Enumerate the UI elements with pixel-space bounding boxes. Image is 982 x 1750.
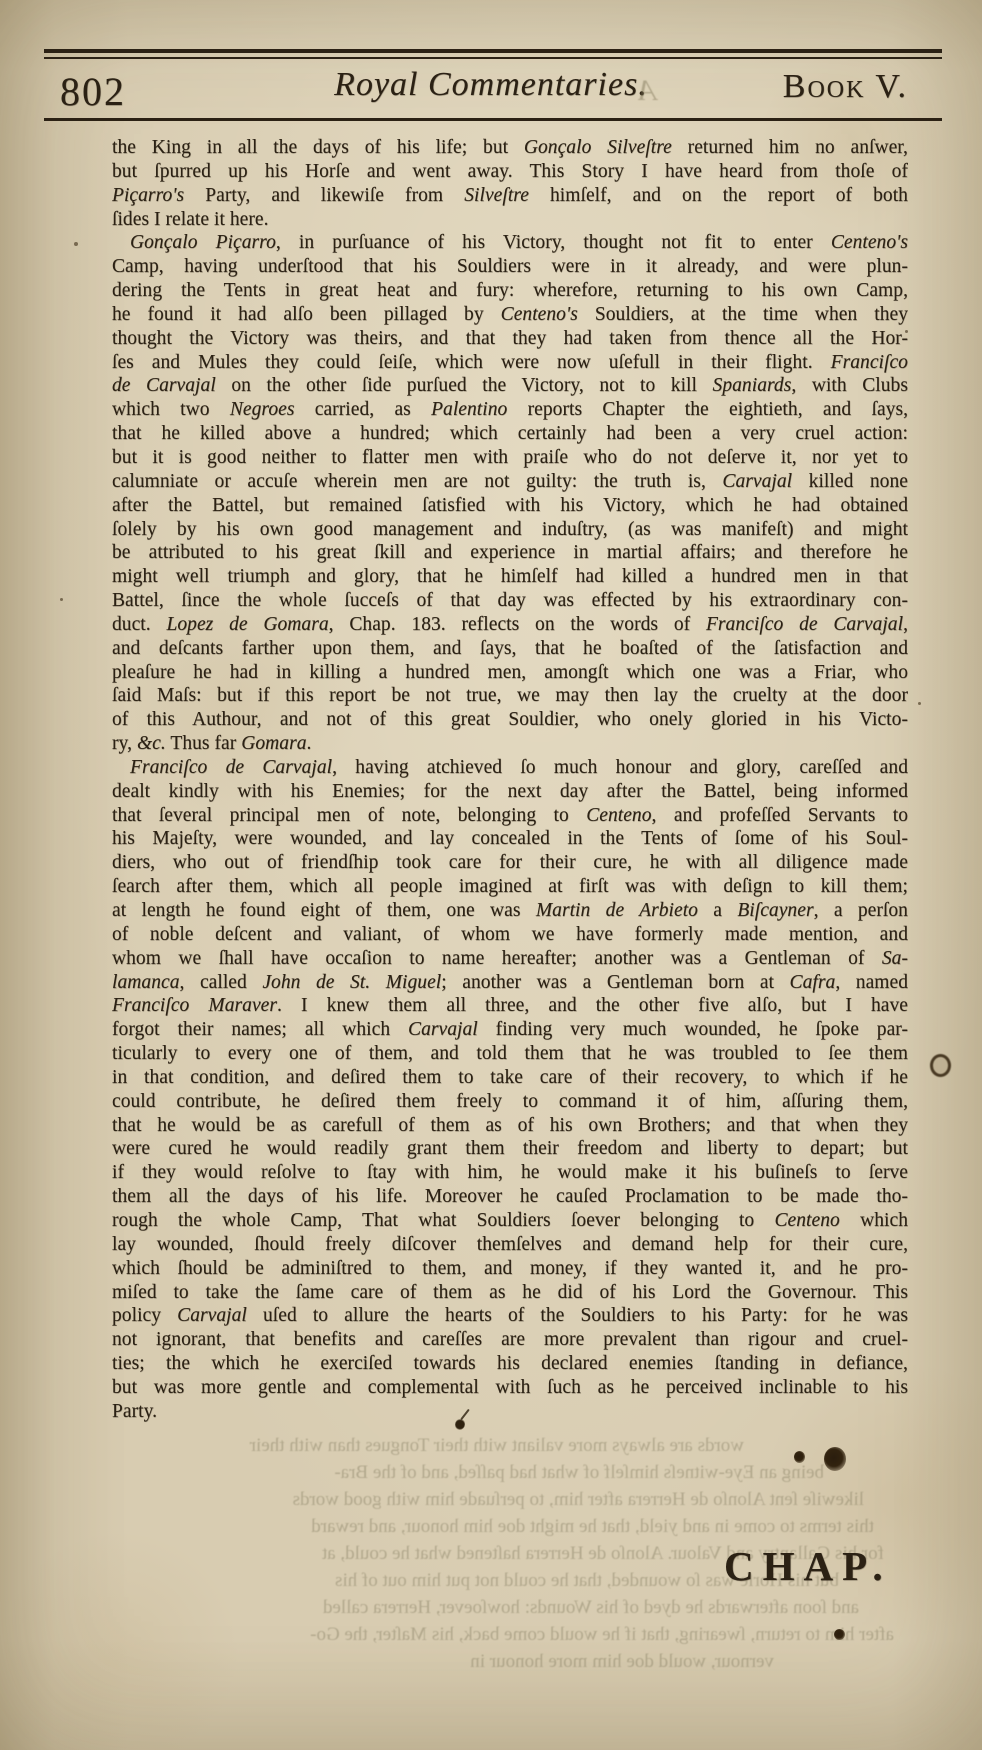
text-line: but was more gentle and complemental wit… bbox=[112, 1376, 908, 1400]
text-line: them all the days of his life. Moreover … bbox=[112, 1185, 908, 1209]
text-line: if they would reſolve to ſtay with him, … bbox=[112, 1161, 908, 1185]
bleedthrough-line: and ſoon afterwards he dyed of his Wound… bbox=[88, 1594, 894, 1621]
text-segment: finding very much wounded, he ſpoke par- bbox=[478, 1019, 908, 1040]
text-segment: Centeno bbox=[774, 1210, 839, 1231]
text-segment: de Carvajal bbox=[112, 375, 216, 396]
text-segment: might well triumph and glory, that he hi… bbox=[112, 566, 908, 587]
text-segment: Camp, having underſtood that his Souldie… bbox=[112, 256, 908, 277]
text-line: that he killed above a hundred; which ce… bbox=[112, 422, 908, 446]
ink-blot-mark bbox=[834, 1629, 845, 1640]
text-line: that ſeveral principal men of note, belo… bbox=[112, 804, 908, 828]
text-line: dering the Tents in great heat and fury:… bbox=[112, 279, 908, 303]
text-segment: that he killed above a hundred; which ce… bbox=[112, 423, 908, 444]
text-line: ſaid Maſs: but if this report be not tru… bbox=[112, 684, 908, 708]
text-segment: in that condition, and deſired them to t… bbox=[112, 1067, 908, 1088]
text-line: which two Negroes carried, as Palentino … bbox=[112, 398, 908, 422]
text-segment: . bbox=[307, 733, 312, 754]
text-segment: of this Authour, and not of this great S… bbox=[112, 709, 908, 730]
text-segment: killed none bbox=[792, 471, 908, 492]
text-segment: reports Chapter the eightieth, and ſays, bbox=[507, 399, 908, 420]
text-segment: lamanca bbox=[112, 972, 180, 993]
text-segment: at length he found eight of them, one wa… bbox=[112, 900, 536, 921]
text-segment: , and profeſſed Servants to bbox=[652, 805, 908, 826]
paper-speck bbox=[60, 598, 63, 601]
text-segment: policy bbox=[112, 1305, 177, 1326]
text-segment: , having atchieved ſo much honour and gl… bbox=[332, 757, 908, 778]
text-segment: on the other ſide purſued the Victory, n… bbox=[216, 375, 713, 396]
text-line: but it is good neither to flatter men wi… bbox=[112, 446, 908, 470]
text-segment: pleaſure he had in killing a hundred men… bbox=[112, 662, 908, 683]
text-segment: uſed to allure the hearts of the Souldie… bbox=[247, 1305, 908, 1326]
text-segment: Centeno's bbox=[501, 304, 578, 325]
text-segment: Spaniards bbox=[713, 375, 792, 396]
bleedthrough-line: words are always more valiant with their… bbox=[88, 1432, 894, 1459]
text-line: Piçarro's Party, and likewiſe from Silve… bbox=[112, 184, 908, 208]
text-line: and deſcants farther upon them, and ſays… bbox=[112, 637, 908, 661]
text-segment: Martin de Arbieto bbox=[536, 900, 698, 921]
text-segment: , Chap. 183. reflects on the words of bbox=[329, 614, 706, 635]
text-line: lamanca, called John de St. Miguel; anot… bbox=[112, 971, 908, 995]
text-segment: miſed to take the ſame care of them as h… bbox=[112, 1282, 908, 1303]
text-segment: ; another was a Gentleman born at bbox=[441, 972, 789, 993]
text-line: pleaſure he had in killing a hundred men… bbox=[112, 661, 908, 685]
text-segment: Thus far bbox=[166, 733, 241, 754]
text-segment: Cafra bbox=[790, 972, 836, 993]
bleedthrough-line: being an Eye-witneſs himſelf of what had… bbox=[88, 1459, 894, 1486]
text-line: calumniate or accuſe wherein men are not… bbox=[112, 470, 908, 494]
text-segment: not ignorant, that benefits and careſſes… bbox=[112, 1329, 908, 1350]
text-segment: and deſcants farther upon them, and ſays… bbox=[112, 638, 908, 659]
text-segment: after the Battel, but remained ſatisfied… bbox=[112, 495, 908, 516]
text-line: policy Carvajal uſed to allure the heart… bbox=[112, 1304, 908, 1328]
text-line: might well triumph and glory, that he hi… bbox=[112, 565, 908, 589]
top-rule-thin bbox=[44, 57, 942, 59]
header-underline-rule bbox=[44, 118, 942, 121]
text-segment: his Majeſty, were wounded, and lay conce… bbox=[112, 828, 908, 849]
text-line: Battel, ſince the whole ſucceſs of that … bbox=[112, 589, 908, 613]
text-segment: but ſpurred up his Horſe and went away. … bbox=[112, 161, 908, 182]
paper-speck bbox=[905, 330, 908, 333]
text-segment: ſides I relate it here. bbox=[112, 209, 269, 230]
text-segment: calumniate or accuſe wherein men are not… bbox=[112, 471, 722, 492]
ink-splash-mark bbox=[455, 1419, 465, 1430]
text-segment: Carvajal bbox=[722, 471, 792, 492]
ink-blot-mark bbox=[794, 1451, 805, 1463]
text-segment: returned him no anſwer, bbox=[672, 137, 908, 158]
ink-blot-mark bbox=[824, 1447, 846, 1471]
text-line: ties; the which he exerciſed towards his… bbox=[112, 1352, 908, 1376]
text-line: of this Authour, and not of this great S… bbox=[112, 708, 908, 732]
bleedthrough-line: this terms to come in and yield, that he… bbox=[88, 1513, 894, 1540]
text-segment: duct. bbox=[112, 614, 166, 635]
text-segment: lay wounded, ſhould freely diſcover them… bbox=[112, 1234, 908, 1255]
text-segment: Carvajal bbox=[408, 1019, 478, 1040]
text-line: Party. bbox=[112, 1400, 908, 1424]
catchword: CHAP. bbox=[724, 1542, 892, 1590]
bleedthrough-line: vernour, would doe him more honour in bbox=[88, 1648, 894, 1675]
text-line: which ſhould be adminiſtred to them, and… bbox=[112, 1257, 908, 1281]
text-segment: Franciſco de Carvajal bbox=[130, 757, 332, 778]
text-segment: which two bbox=[112, 399, 230, 420]
text-segment: which ſhould be adminiſtred to them, and… bbox=[112, 1258, 908, 1279]
text-segment: Franciſco bbox=[831, 352, 908, 373]
paper-speck bbox=[918, 702, 921, 705]
text-line: his Majeſty, were wounded, and lay conce… bbox=[112, 827, 908, 851]
text-line: rough the whole Camp, That what Souldier… bbox=[112, 1209, 908, 1233]
text-line: be attributed to his great ſkill and exp… bbox=[112, 541, 908, 565]
text-line: thought the Victory was theirs, and that… bbox=[112, 327, 908, 351]
text-segment: Palentino bbox=[431, 399, 507, 420]
text-line: not ignorant, that benefits and careſſes… bbox=[112, 1328, 908, 1352]
text-segment: Lopez de Gomara bbox=[166, 614, 328, 635]
text-segment: Centeno's bbox=[831, 232, 908, 253]
text-segment: Piçarro's bbox=[112, 185, 184, 206]
text-segment: Gonçalo Piçarro bbox=[130, 232, 276, 253]
text-segment: could contribute, he deſired them freely… bbox=[112, 1091, 908, 1112]
text-segment: Negroes bbox=[230, 399, 295, 420]
text-line: at length he found eight of them, one wa… bbox=[112, 899, 908, 923]
text-line: de Carvajal on the other ſide purſued th… bbox=[112, 374, 908, 398]
text-segment: Party. bbox=[112, 1401, 157, 1422]
text-line: Camp, having underſtood that his Souldie… bbox=[112, 255, 908, 279]
text-segment: but it is good neither to flatter men wi… bbox=[112, 447, 908, 468]
text-segment: Franciſco de Carvajal bbox=[706, 614, 903, 635]
text-segment: Franciſco Maraver bbox=[112, 995, 277, 1016]
text-segment: , with Clubs bbox=[791, 375, 908, 396]
text-segment: Carvajal bbox=[177, 1305, 247, 1326]
text-segment: carried, as bbox=[295, 399, 432, 420]
text-segment: Biſcayner bbox=[737, 900, 813, 921]
bleedthrough-letter: A bbox=[638, 74, 656, 108]
text-segment: he found it had alſo been pillaged by bbox=[112, 304, 501, 325]
text-line: dealt kindly with his Enemies; for the n… bbox=[112, 780, 908, 804]
text-segment: ticularly to every one of them, and told… bbox=[112, 1043, 908, 1064]
text-line: duct. Lopez de Gomara, Chap. 183. reflec… bbox=[112, 613, 908, 637]
text-line: were cured he would readily grant them t… bbox=[112, 1137, 908, 1161]
text-segment: a bbox=[698, 900, 737, 921]
text-segment: Silveſtre bbox=[464, 185, 529, 206]
text-line: Franciſco Maraver. I knew them all three… bbox=[112, 994, 908, 1018]
text-segment: Centeno bbox=[586, 805, 651, 826]
text-segment: thought the Victory was theirs, and that… bbox=[112, 328, 908, 349]
text-line: forgot their names; all which Carvajal f… bbox=[112, 1018, 908, 1042]
text-segment: but was more gentle and complemental wit… bbox=[112, 1377, 908, 1398]
text-line: could contribute, he deſired them freely… bbox=[112, 1090, 908, 1114]
text-line: ſides I relate it here. bbox=[112, 208, 908, 232]
text-segment: Sa- bbox=[882, 948, 908, 969]
text-line: ſolely by his own good management and in… bbox=[112, 518, 908, 542]
text-segment: , bbox=[903, 614, 908, 635]
text-line: miſed to take the ſame care of them as h… bbox=[112, 1281, 908, 1305]
text-segment: , named bbox=[835, 972, 908, 993]
text-segment: , a perſon bbox=[814, 900, 908, 921]
bleedthrough-line: after him to return, ſwearing, that if h… bbox=[88, 1621, 894, 1648]
text-segment: , in purſuance of his Victory, thought n… bbox=[276, 232, 831, 253]
top-rule-thick bbox=[44, 49, 942, 53]
text-segment: ties; the which he exerciſed towards his… bbox=[112, 1353, 908, 1374]
text-segment: them all the days of his life. Moreover … bbox=[112, 1186, 908, 1207]
text-block: the King in all the days of his life; bu… bbox=[112, 136, 908, 1424]
text-segment: himſelf, and on the report of both bbox=[529, 185, 908, 206]
text-segment: ſes and Mules they could ſeiſe, which we… bbox=[112, 352, 831, 373]
text-segment: were cured he would readily grant them t… bbox=[112, 1138, 908, 1159]
text-segment: ſearch after them, which all people imag… bbox=[112, 876, 908, 897]
text-segment: whom we ſhall have occaſion to name here… bbox=[112, 948, 882, 969]
text-line: Gonçalo Piçarro, in purſuance of his Vic… bbox=[112, 231, 908, 255]
text-line: ſearch after them, which all people imag… bbox=[112, 875, 908, 899]
text-segment: diers, who out of friendſhip took care f… bbox=[112, 852, 908, 873]
text-segment: Gonçalo Silveſtre bbox=[524, 137, 672, 158]
text-line: ticularly to every one of them, and told… bbox=[112, 1042, 908, 1066]
text-segment: . I knew them all three, and the other f… bbox=[277, 995, 908, 1016]
text-segment: the King in all the days of his life; bu… bbox=[112, 137, 524, 158]
text-segment: ſolely by his own good management and in… bbox=[112, 519, 908, 540]
text-line: the King in all the days of his life; bu… bbox=[112, 136, 908, 160]
text-line: in that condition, and deſired them to t… bbox=[112, 1066, 908, 1090]
text-line: lay wounded, ſhould freely diſcover them… bbox=[112, 1233, 908, 1257]
text-segment: which bbox=[840, 1210, 908, 1231]
text-segment: Gomara bbox=[241, 733, 306, 754]
text-line: but ſpurred up his Horſe and went away. … bbox=[112, 160, 908, 184]
text-line: of noble deſcent and valiant, of whom we… bbox=[112, 923, 908, 947]
text-segment: dering the Tents in great heat and fury:… bbox=[112, 280, 908, 301]
text-segment: of noble deſcent and valiant, of whom we… bbox=[112, 924, 908, 945]
text-line: ry, &c. Thus far Gomara. bbox=[112, 732, 908, 756]
ink-ring-mark bbox=[930, 1054, 951, 1077]
text-line: that he would be as carefull of them as … bbox=[112, 1114, 908, 1138]
text-line: ſes and Mules they could ſeiſe, which we… bbox=[112, 351, 908, 375]
text-segment: ſaid Maſs: but if this report be not tru… bbox=[112, 685, 908, 706]
text-line: diers, who out of friendſhip took care f… bbox=[112, 851, 908, 875]
bleedthrough-line: likewiſe ſent Alonſo de Herrera after hi… bbox=[88, 1486, 894, 1513]
paper-speck bbox=[74, 242, 78, 246]
text-segment: dealt kindly with his Enemies; for the n… bbox=[112, 781, 908, 802]
text-line: after the Battel, but remained ſatisfied… bbox=[112, 494, 908, 518]
text-segment: John de St. Miguel bbox=[262, 972, 441, 993]
text-segment: rough the whole Camp, That what Souldier… bbox=[112, 1210, 774, 1231]
text-line: Franciſco de Carvajal, having atchieved … bbox=[112, 756, 908, 780]
text-segment: be attributed to his great ſkill and exp… bbox=[112, 542, 908, 563]
book-page: 802 Royal Commentaries. A Book V. the Ki… bbox=[0, 0, 982, 1750]
text-line: he found it had alſo been pillaged by Ce… bbox=[112, 303, 908, 327]
text-segment: that ſeveral principal men of note, belo… bbox=[112, 805, 586, 826]
text-segment: Party, and likewiſe from bbox=[184, 185, 464, 206]
text-segment: forgot their names; all which bbox=[112, 1019, 408, 1040]
text-segment: Souldiers, at the time when they bbox=[578, 304, 908, 325]
text-segment: if they would reſolve to ſtay with him, … bbox=[112, 1162, 908, 1183]
text-segment: , called bbox=[180, 972, 263, 993]
text-segment: Battel, ſince the whole ſucceſs of that … bbox=[112, 590, 908, 611]
book-label: Book V. bbox=[783, 68, 908, 106]
text-segment: that he would be as carefull of them as … bbox=[112, 1115, 908, 1136]
text-segment: &c. bbox=[137, 733, 166, 754]
text-segment: ry, bbox=[112, 733, 137, 754]
text-line: whom we ſhall have occaſion to name here… bbox=[112, 947, 908, 971]
